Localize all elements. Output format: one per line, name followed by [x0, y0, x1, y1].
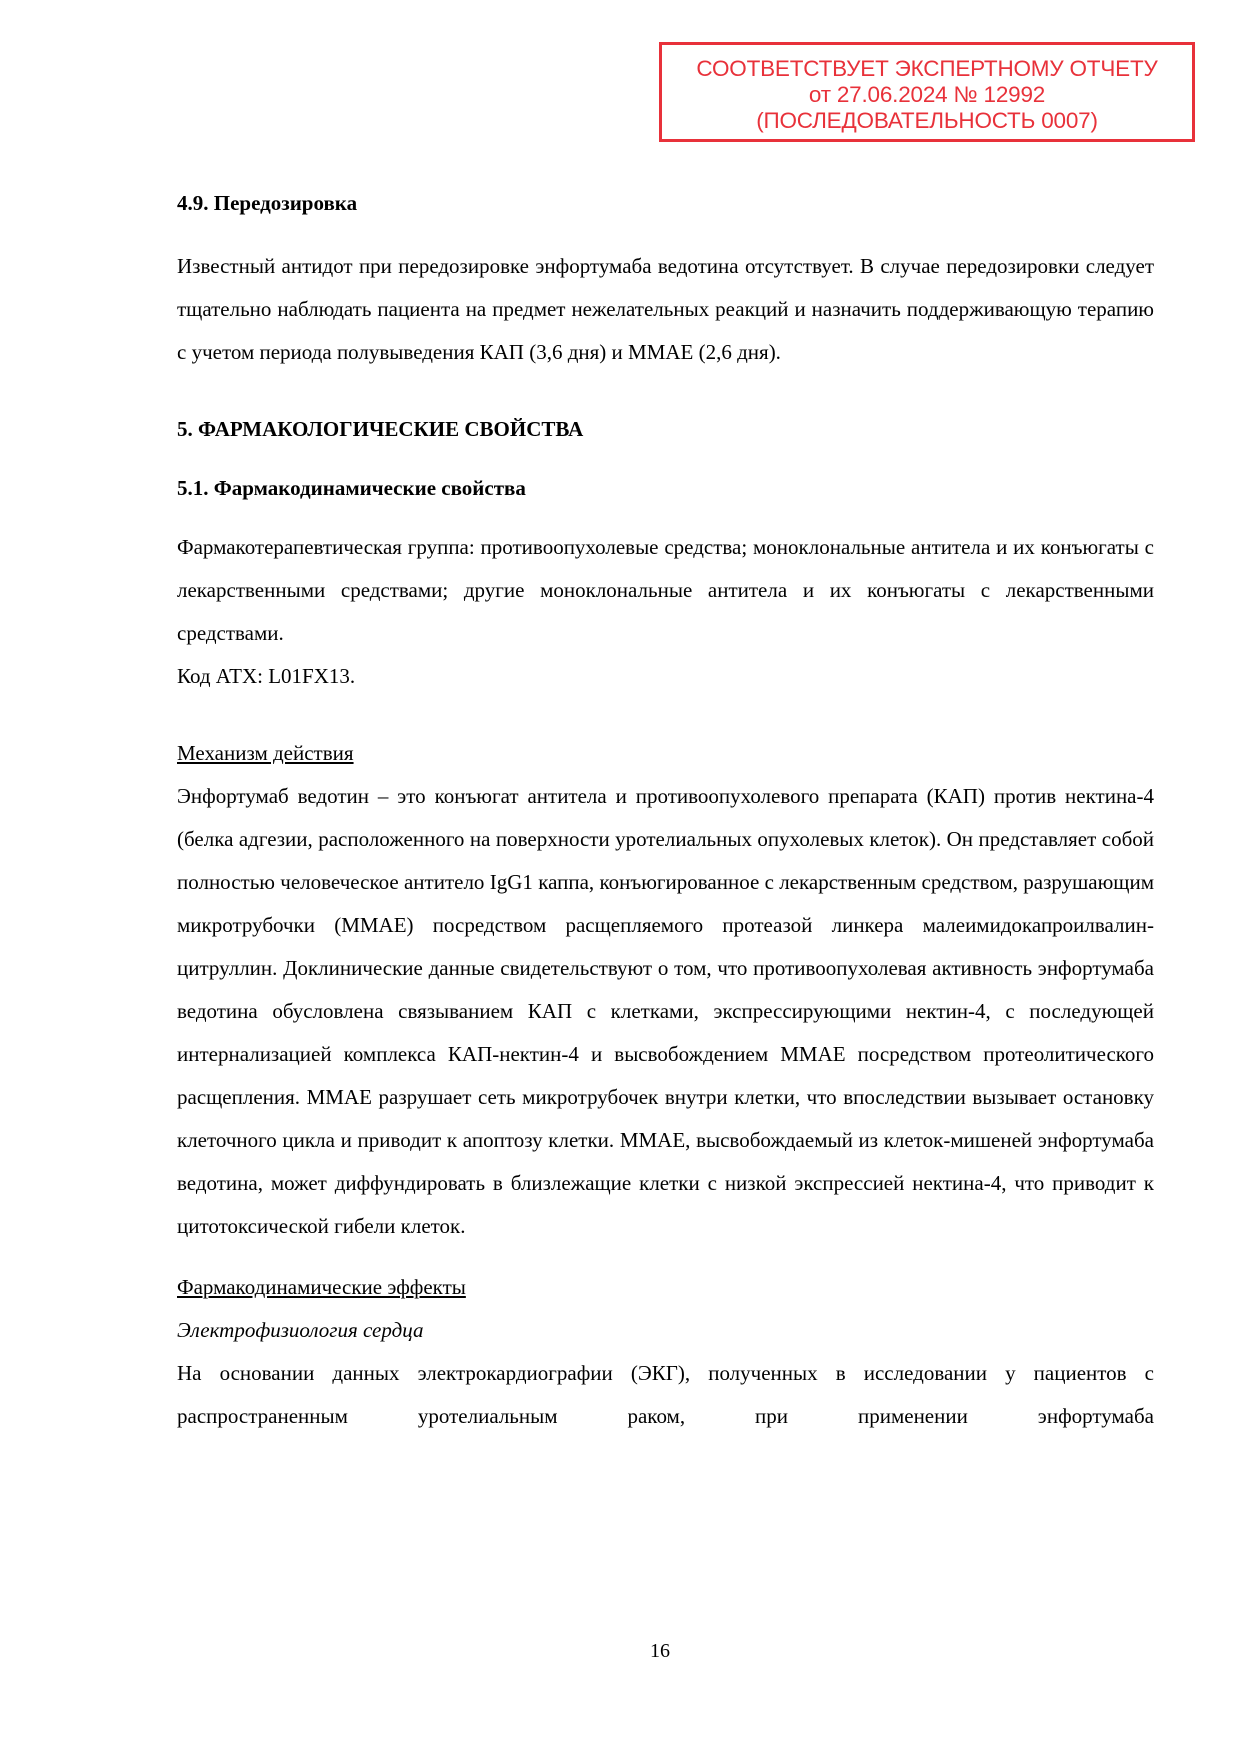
heading-pharmacological-properties: 5. ФАРМАКОЛОГИЧЕСКИЕ СВОЙСТВА: [177, 408, 1154, 451]
pharmacotherapeutic-group: Фармакотерапевтическая группа: противооп…: [177, 526, 1154, 655]
mechanism-text: Энфортумаб ведотин – это конъюгат антите…: [177, 775, 1154, 1248]
stamp-line-1: СООТВЕТСТВУЕТ ЭКСПЕРТНОМУ ОТЧЕТУ: [662, 56, 1192, 82]
stamp-line-2: от 27.06.2024 № 12992: [662, 82, 1192, 108]
effects-text: На основании данных электрокардиографии …: [177, 1352, 1154, 1438]
cardiac-electrophysiology-subheading: Электрофизиология сердца: [177, 1309, 1154, 1352]
heading-pharmacodynamics: 5.1. Фармакодинамические свойства: [177, 467, 1154, 510]
expert-report-stamp: СООТВЕТСТВУЕТ ЭКСПЕРТНОМУ ОТЧЕТУ от 27.0…: [659, 42, 1195, 142]
heading-overdose: 4.9. Передозировка: [177, 182, 1154, 225]
page-number: 16: [0, 1640, 1241, 1663]
stamp-line-3: (ПОСЛЕДОВАТЕЛЬНОСТЬ 0007): [662, 108, 1192, 134]
atc-code: Код АТХ: L01FX13.: [177, 655, 1154, 698]
mechanism-heading: Механизм действия: [177, 732, 1154, 775]
document-body: 4.9. Передозировка Известный антидот при…: [177, 182, 1154, 1438]
overdose-text: Известный антидот при передозировке энфо…: [177, 245, 1154, 374]
effects-heading: Фармакодинамические эффекты: [177, 1266, 1154, 1309]
